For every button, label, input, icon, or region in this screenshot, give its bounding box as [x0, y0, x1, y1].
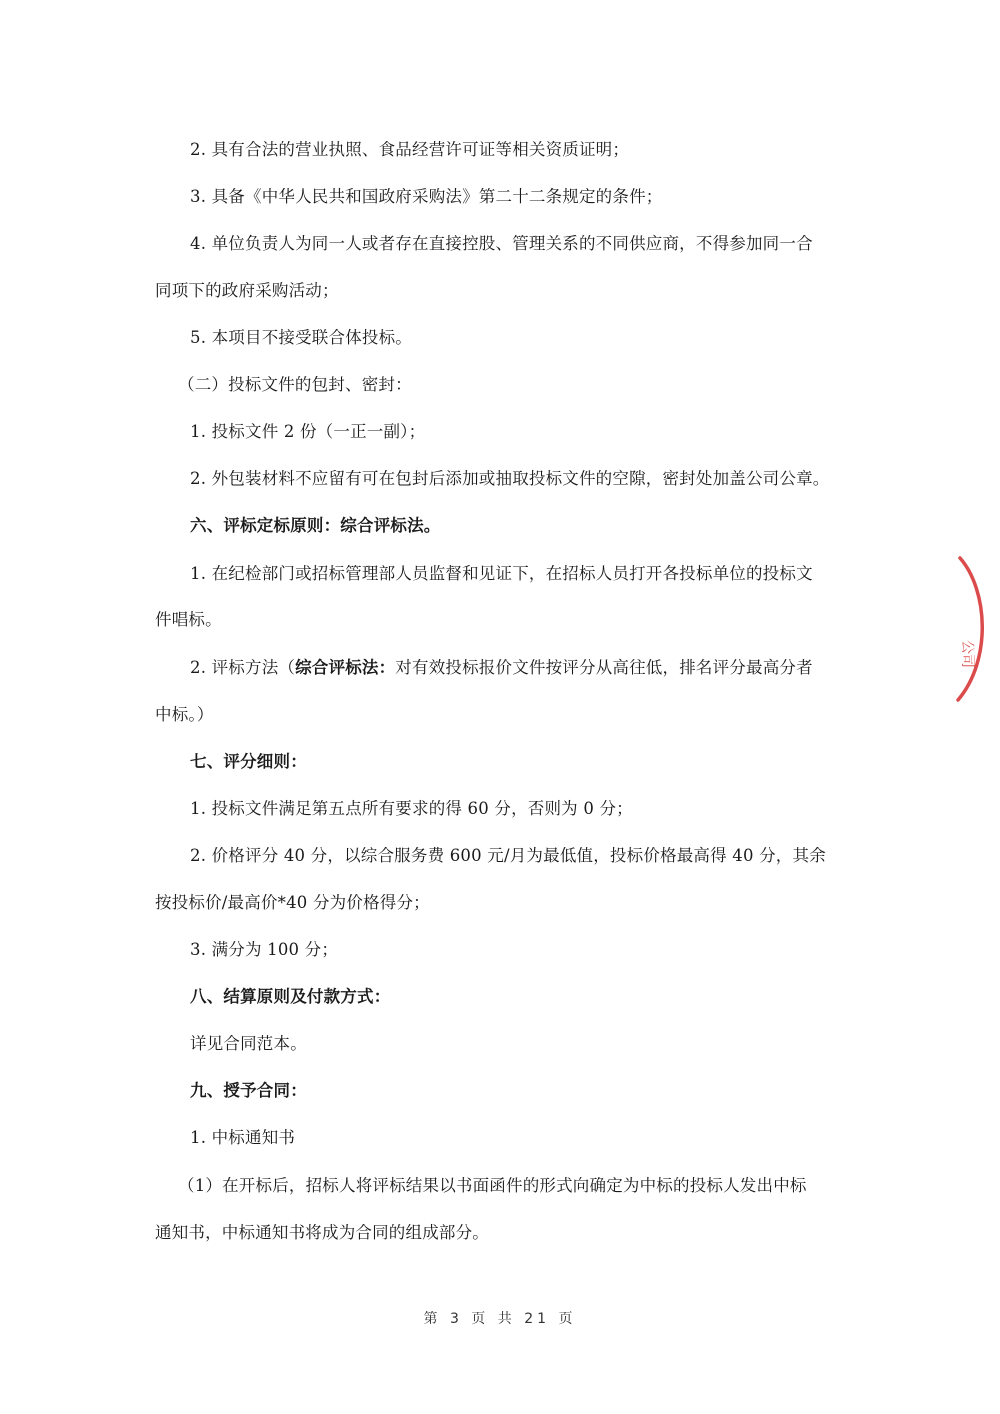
evaluation-item-2-line2: 中标。） [155, 704, 855, 726]
evaluation-item-1-line1: 1. 在纪检部门或招标管理部人员监督和见证下，在招标人员打开各投标单位的投标文 [190, 563, 890, 585]
scoring-item-1: 1. 投标文件满足第五点所有要求的得 60 分，否则为 0 分； [190, 798, 890, 820]
award-item-1-1-line1: （1）在开标后，招标人将评标结果以书面函件的形式向确定为中标的投标人发出中标 [178, 1175, 878, 1197]
requirement-3: 3. 具备《中华人民共和国政府采购法》第二十二条规定的条件； [190, 186, 890, 208]
award-item-1: 1. 中标通知书 [190, 1127, 890, 1149]
packaging-item-2: 2. 外包装材料不应留有可在包封后添加或抽取投标文件的空隙，密封处加盖公司公章。 [190, 468, 890, 490]
packaging-item-1: 1. 投标文件 2 份（一正一副）； [190, 421, 890, 443]
evaluation-item-2-rest: 对有效投标报价文件按评分从高往低，排名评分最高分者 [395, 658, 813, 677]
company-seal-icon: 公司 [930, 550, 1000, 710]
section-8-heading: 八、结算原则及付款方式： [190, 986, 890, 1008]
evaluation-method-bold: 综合评标法： [295, 658, 395, 677]
scoring-item-2-line1: 2. 价格评分 40 分，以综合服务费 600 元/月为最低值，投标价格最高得 … [190, 845, 890, 867]
settlement-text: 详见合同范本。 [190, 1033, 890, 1055]
requirement-4-line2: 同项下的政府采购活动； [155, 280, 855, 302]
scoring-item-3: 3. 满分为 100 分； [190, 939, 890, 961]
subsection-packaging-heading: （二）投标文件的包封、密封： [178, 374, 878, 396]
evaluation-item-2-prefix: 2. 评标方法（ [190, 658, 295, 677]
page-number: 第 3 页 共 21 页 [0, 1308, 1000, 1328]
document-page: 2. 具有合法的营业执照、食品经营许可证等相关资质证明； 3. 具备《中华人民共… [0, 0, 1000, 1414]
scoring-item-2-line2: 按投标价/最高价*40 分为价格得分； [155, 892, 855, 914]
section-9-heading: 九、授予合同： [190, 1080, 890, 1102]
section-7-heading: 七、评分细则： [190, 751, 890, 773]
requirement-5: 5. 本项目不接受联合体投标。 [190, 327, 890, 349]
evaluation-item-2-line1: 2. 评标方法（综合评标法：对有效投标报价文件按评分从高往低，排名评分最高分者 [190, 657, 890, 679]
award-item-1-1-line2: 通知书，中标通知书将成为合同的组成部分。 [155, 1222, 855, 1244]
section-6-heading: 六、评标定标原则：综合评标法。 [190, 515, 890, 537]
requirement-2: 2. 具有合法的营业执照、食品经营许可证等相关资质证明； [190, 139, 890, 161]
evaluation-item-1-line2: 件唱标。 [155, 609, 855, 631]
svg-text:公司: 公司 [959, 640, 975, 668]
requirement-4-line1: 4. 单位负责人为同一人或者存在直接控股、管理关系的不同供应商，不得参加同一合 [190, 233, 890, 255]
